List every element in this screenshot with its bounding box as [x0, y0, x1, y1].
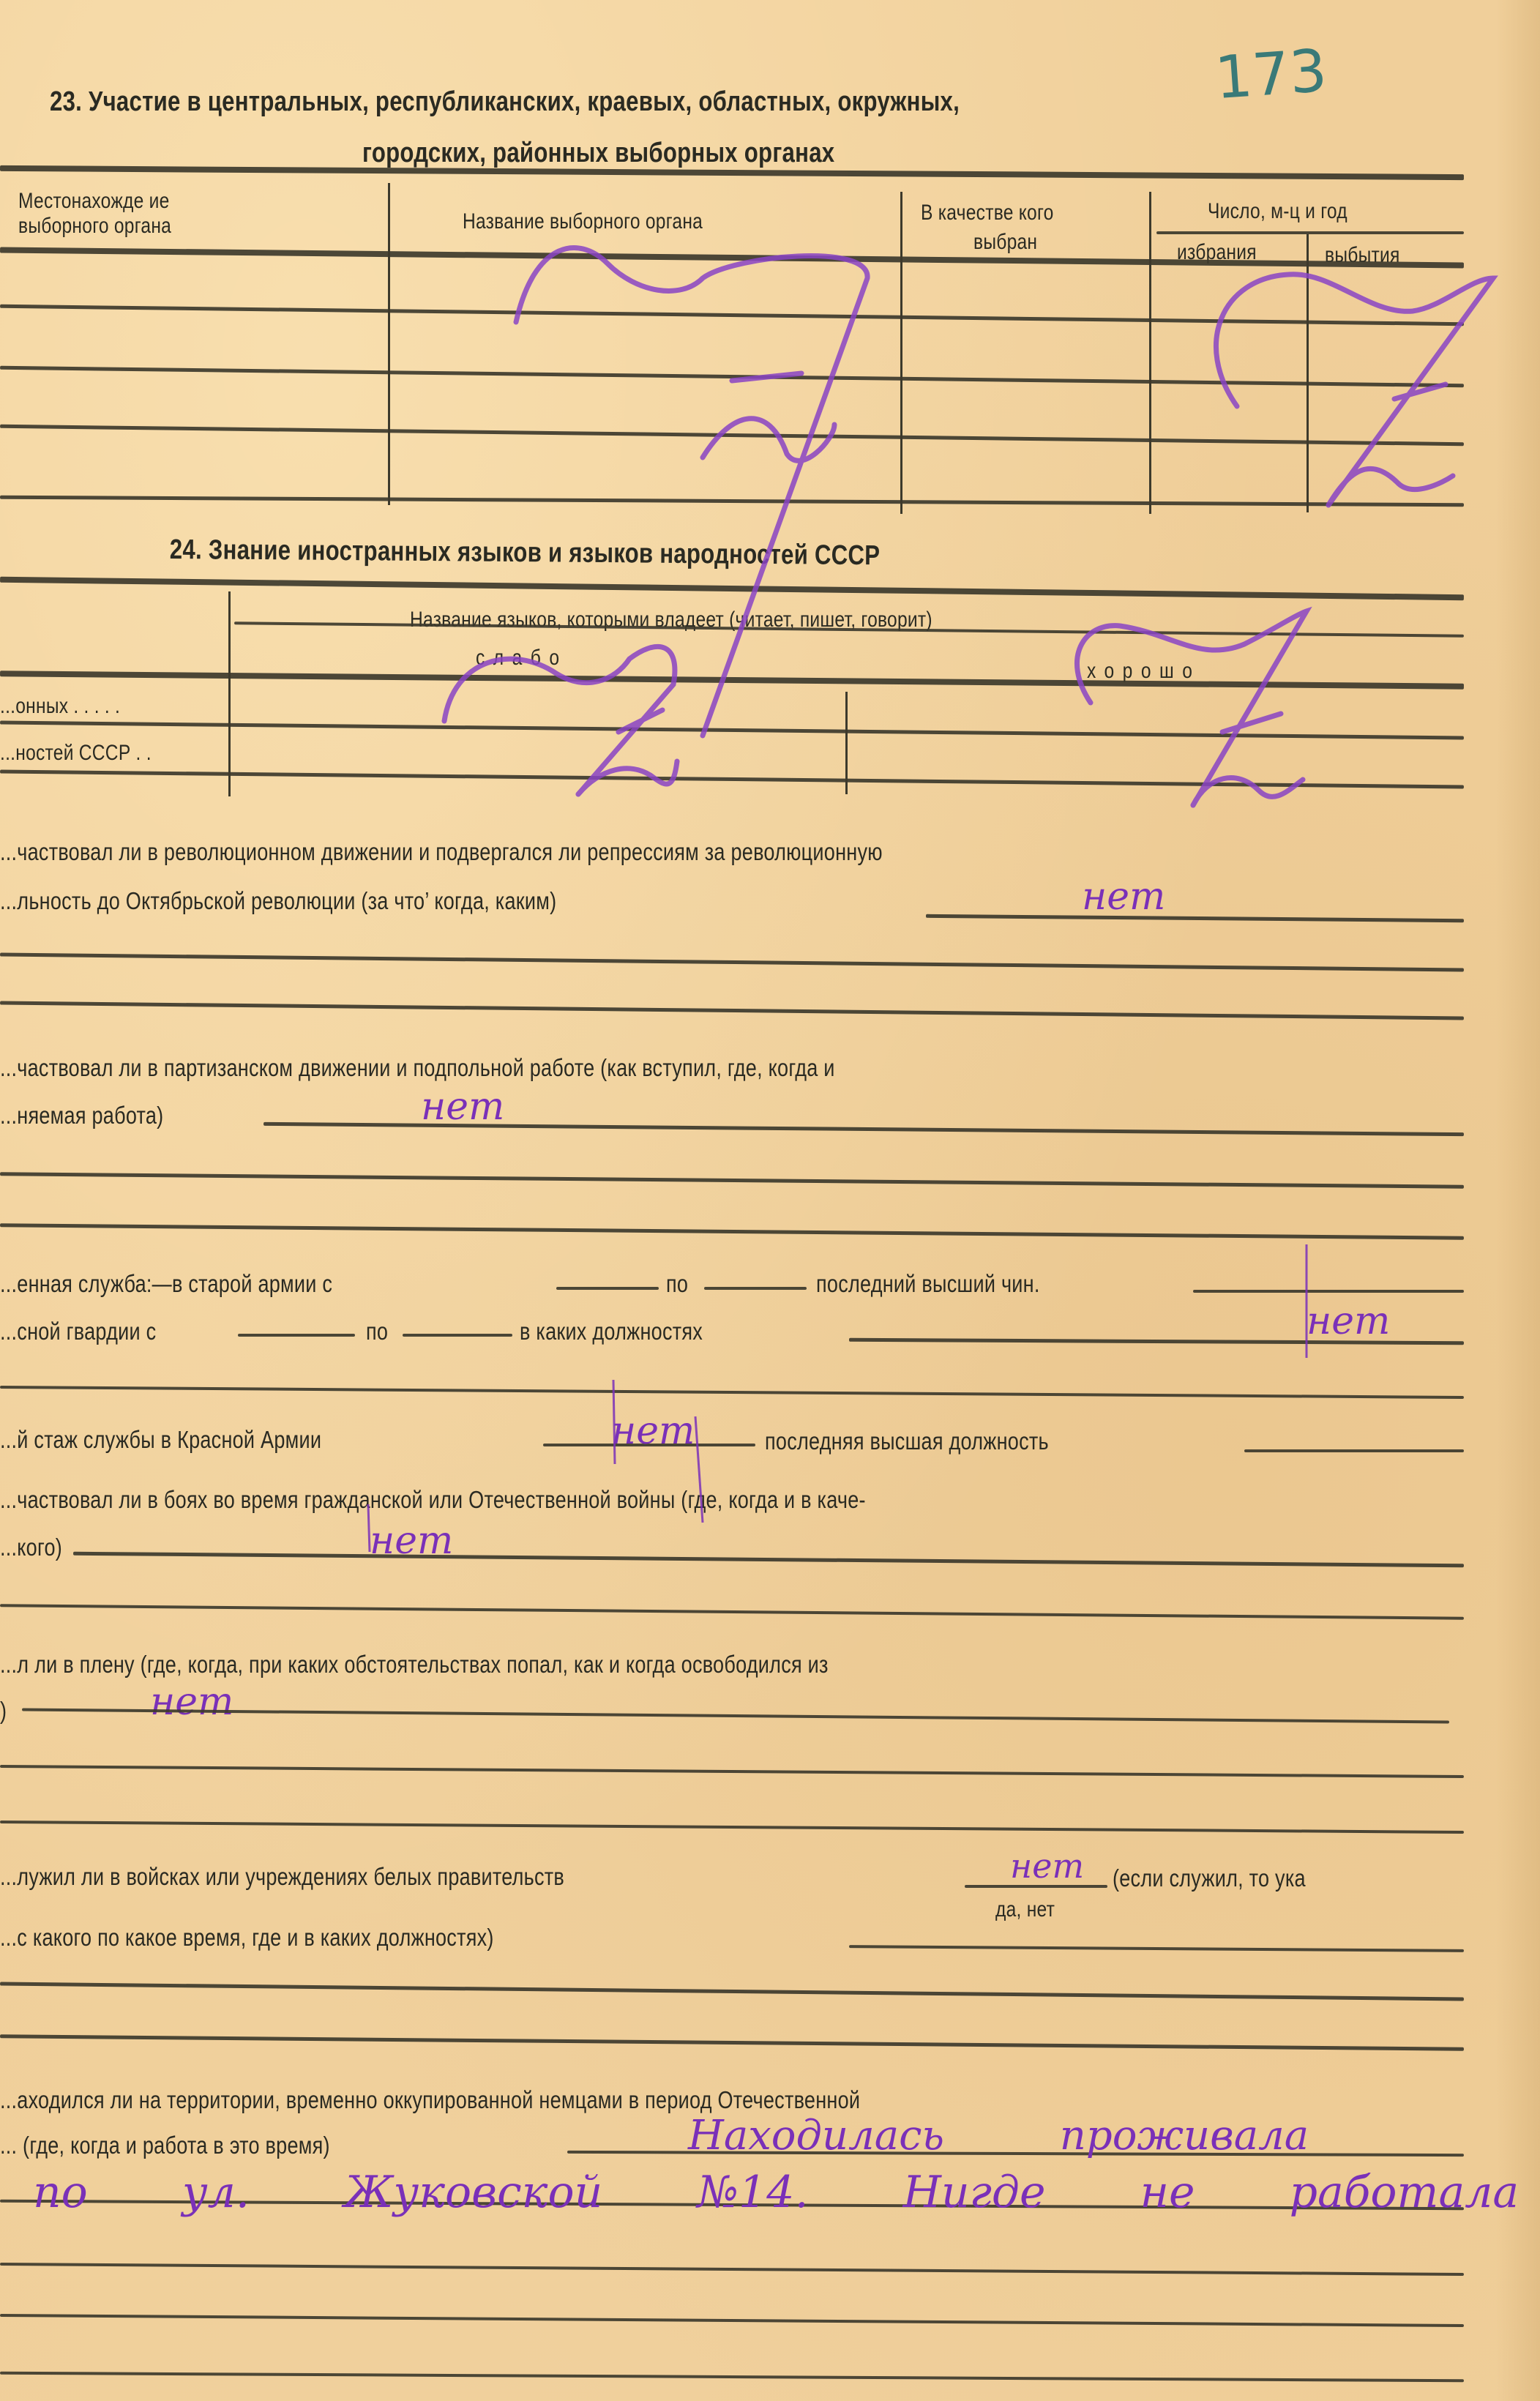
answer-line — [263, 1122, 1464, 1136]
section-23-title-line1: 23. Участие в центральных, республиканск… — [50, 86, 960, 118]
answer-line — [0, 1172, 1464, 1188]
handwritten-answer: нет — [150, 1680, 233, 1724]
answer-line — [849, 1945, 1464, 1952]
question-text: последняя высшая должность — [765, 1427, 1049, 1455]
col-name: Название выборного органа — [463, 209, 703, 234]
question-text: ) — [0, 1697, 7, 1725]
question-text: ...л ли в плену (где, когда, при каких о… — [0, 1651, 829, 1679]
z-mark-icon — [1077, 611, 1307, 805]
question-text: ...льность до Октябрьской революции (за … — [0, 887, 556, 915]
table-24-header-rule — [0, 671, 1464, 689]
date-subheader-rule — [1156, 231, 1464, 234]
table-23-row-rule — [0, 366, 1464, 387]
question-text: ...няемая работа) — [0, 1102, 163, 1129]
table-23-row-rule — [0, 425, 1464, 446]
z-mark-icon — [516, 248, 867, 736]
answer-line — [0, 1765, 1464, 1778]
col-role-l1: В качестве кого — [921, 201, 1054, 225]
question-text: последний высший чин. — [816, 1270, 1040, 1298]
table-24-col-divider — [228, 591, 231, 796]
answer-line — [0, 1001, 1464, 1020]
row-label-foreign: ...онных . . . . . — [0, 694, 120, 719]
handwritten-answer: нет — [611, 1409, 695, 1453]
answer-line — [0, 1604, 1464, 1619]
question-text: ...частвовал ли в боях во время гражданс… — [0, 1486, 866, 1514]
col-role-l2: выбран — [973, 230, 1037, 255]
handwritten-answer: нет — [421, 1085, 504, 1129]
table-24-top-rule — [0, 577, 1464, 600]
answer-line — [0, 2263, 1464, 2276]
question-text: ...й стаж службы в Красной Армии — [0, 1426, 321, 1454]
question-text: ... (где, когда и работа в это время) — [0, 2132, 330, 2159]
answer-line — [22, 1708, 1449, 1723]
question-text: по — [366, 1318, 388, 1345]
question-text: ...частвовал ли в революционном движении… — [0, 838, 883, 866]
answer-line — [0, 1223, 1464, 1239]
table-23-col-divider — [1307, 234, 1309, 512]
table-23-row-rule — [0, 305, 1464, 326]
section-23-title-line2: городских, районных выборных органах — [362, 138, 834, 169]
question-text: ...кого) — [0, 1534, 62, 1561]
table-24-bottom-rule — [0, 770, 1464, 789]
table-23-bottom-rule — [0, 496, 1464, 507]
question-text: ...енная служба:—в старой армии с — [0, 1270, 332, 1298]
question-text: ...сной гвардии с — [0, 1318, 156, 1345]
table-23-col-divider — [388, 183, 390, 505]
question-text: ...лужил ли в войсках или учреждениях бе… — [0, 1863, 564, 1891]
handwritten-answer: по ул. Жуковской №14. Нигде не работала — [33, 2167, 1519, 2218]
question-text: ...с какого по какое время, где и в каки… — [0, 1924, 494, 1952]
question-text: ...аходился ли на территории, временно о… — [0, 2086, 860, 2114]
answer-line — [1244, 1449, 1464, 1452]
date-from-field — [556, 1287, 659, 1290]
answer-line — [1193, 1290, 1464, 1293]
table-23-col-divider — [900, 192, 902, 514]
col-location-l1: Местонахожде ие — [18, 189, 170, 214]
table-23-col-divider — [1149, 192, 1151, 514]
answer-line — [0, 2314, 1464, 2327]
answer-line — [0, 2034, 1464, 2050]
question-text: по — [666, 1270, 688, 1298]
col-location-l2: выборного органа — [18, 214, 171, 239]
level-weak: слабо — [476, 646, 568, 671]
col-date: Число, м-ц и год — [1208, 199, 1347, 224]
question-text: (если служил, то ука — [1113, 1864, 1306, 1892]
field-hint: да, нет — [995, 1897, 1055, 1922]
question-text: ...частвовал ли в партизанском движении … — [0, 1054, 835, 1082]
row-label-nationalities: ...ностей СССР . . — [0, 741, 152, 766]
table-24-row-rule — [0, 721, 1464, 740]
handwritten-answer: нет — [1307, 1299, 1390, 1343]
paper-edge — [1496, 0, 1540, 2401]
date-to-field — [403, 1334, 512, 1337]
section-24-title: 24. Знание иностранных языков и языков н… — [170, 534, 881, 572]
answer-line — [926, 914, 1464, 922]
z-mark-icon — [1216, 275, 1493, 505]
answer-line — [73, 1552, 1464, 1568]
answer-line — [0, 2372, 1464, 2382]
answer-line — [0, 1386, 1464, 1399]
answer-line — [0, 953, 1464, 972]
question-text: в каких должностях — [520, 1318, 703, 1345]
handwritten-answer: нет — [1010, 1846, 1084, 1886]
handwritten-answer: Находилась проживала — [688, 2112, 1309, 2159]
handwritten-answer: нет — [1082, 875, 1165, 919]
date-from-field — [238, 1334, 355, 1337]
date-to-field — [704, 1287, 807, 1290]
page-number: 173 — [1213, 37, 1329, 112]
answer-line — [0, 1982, 1464, 2001]
answer-line — [0, 1821, 1464, 1834]
